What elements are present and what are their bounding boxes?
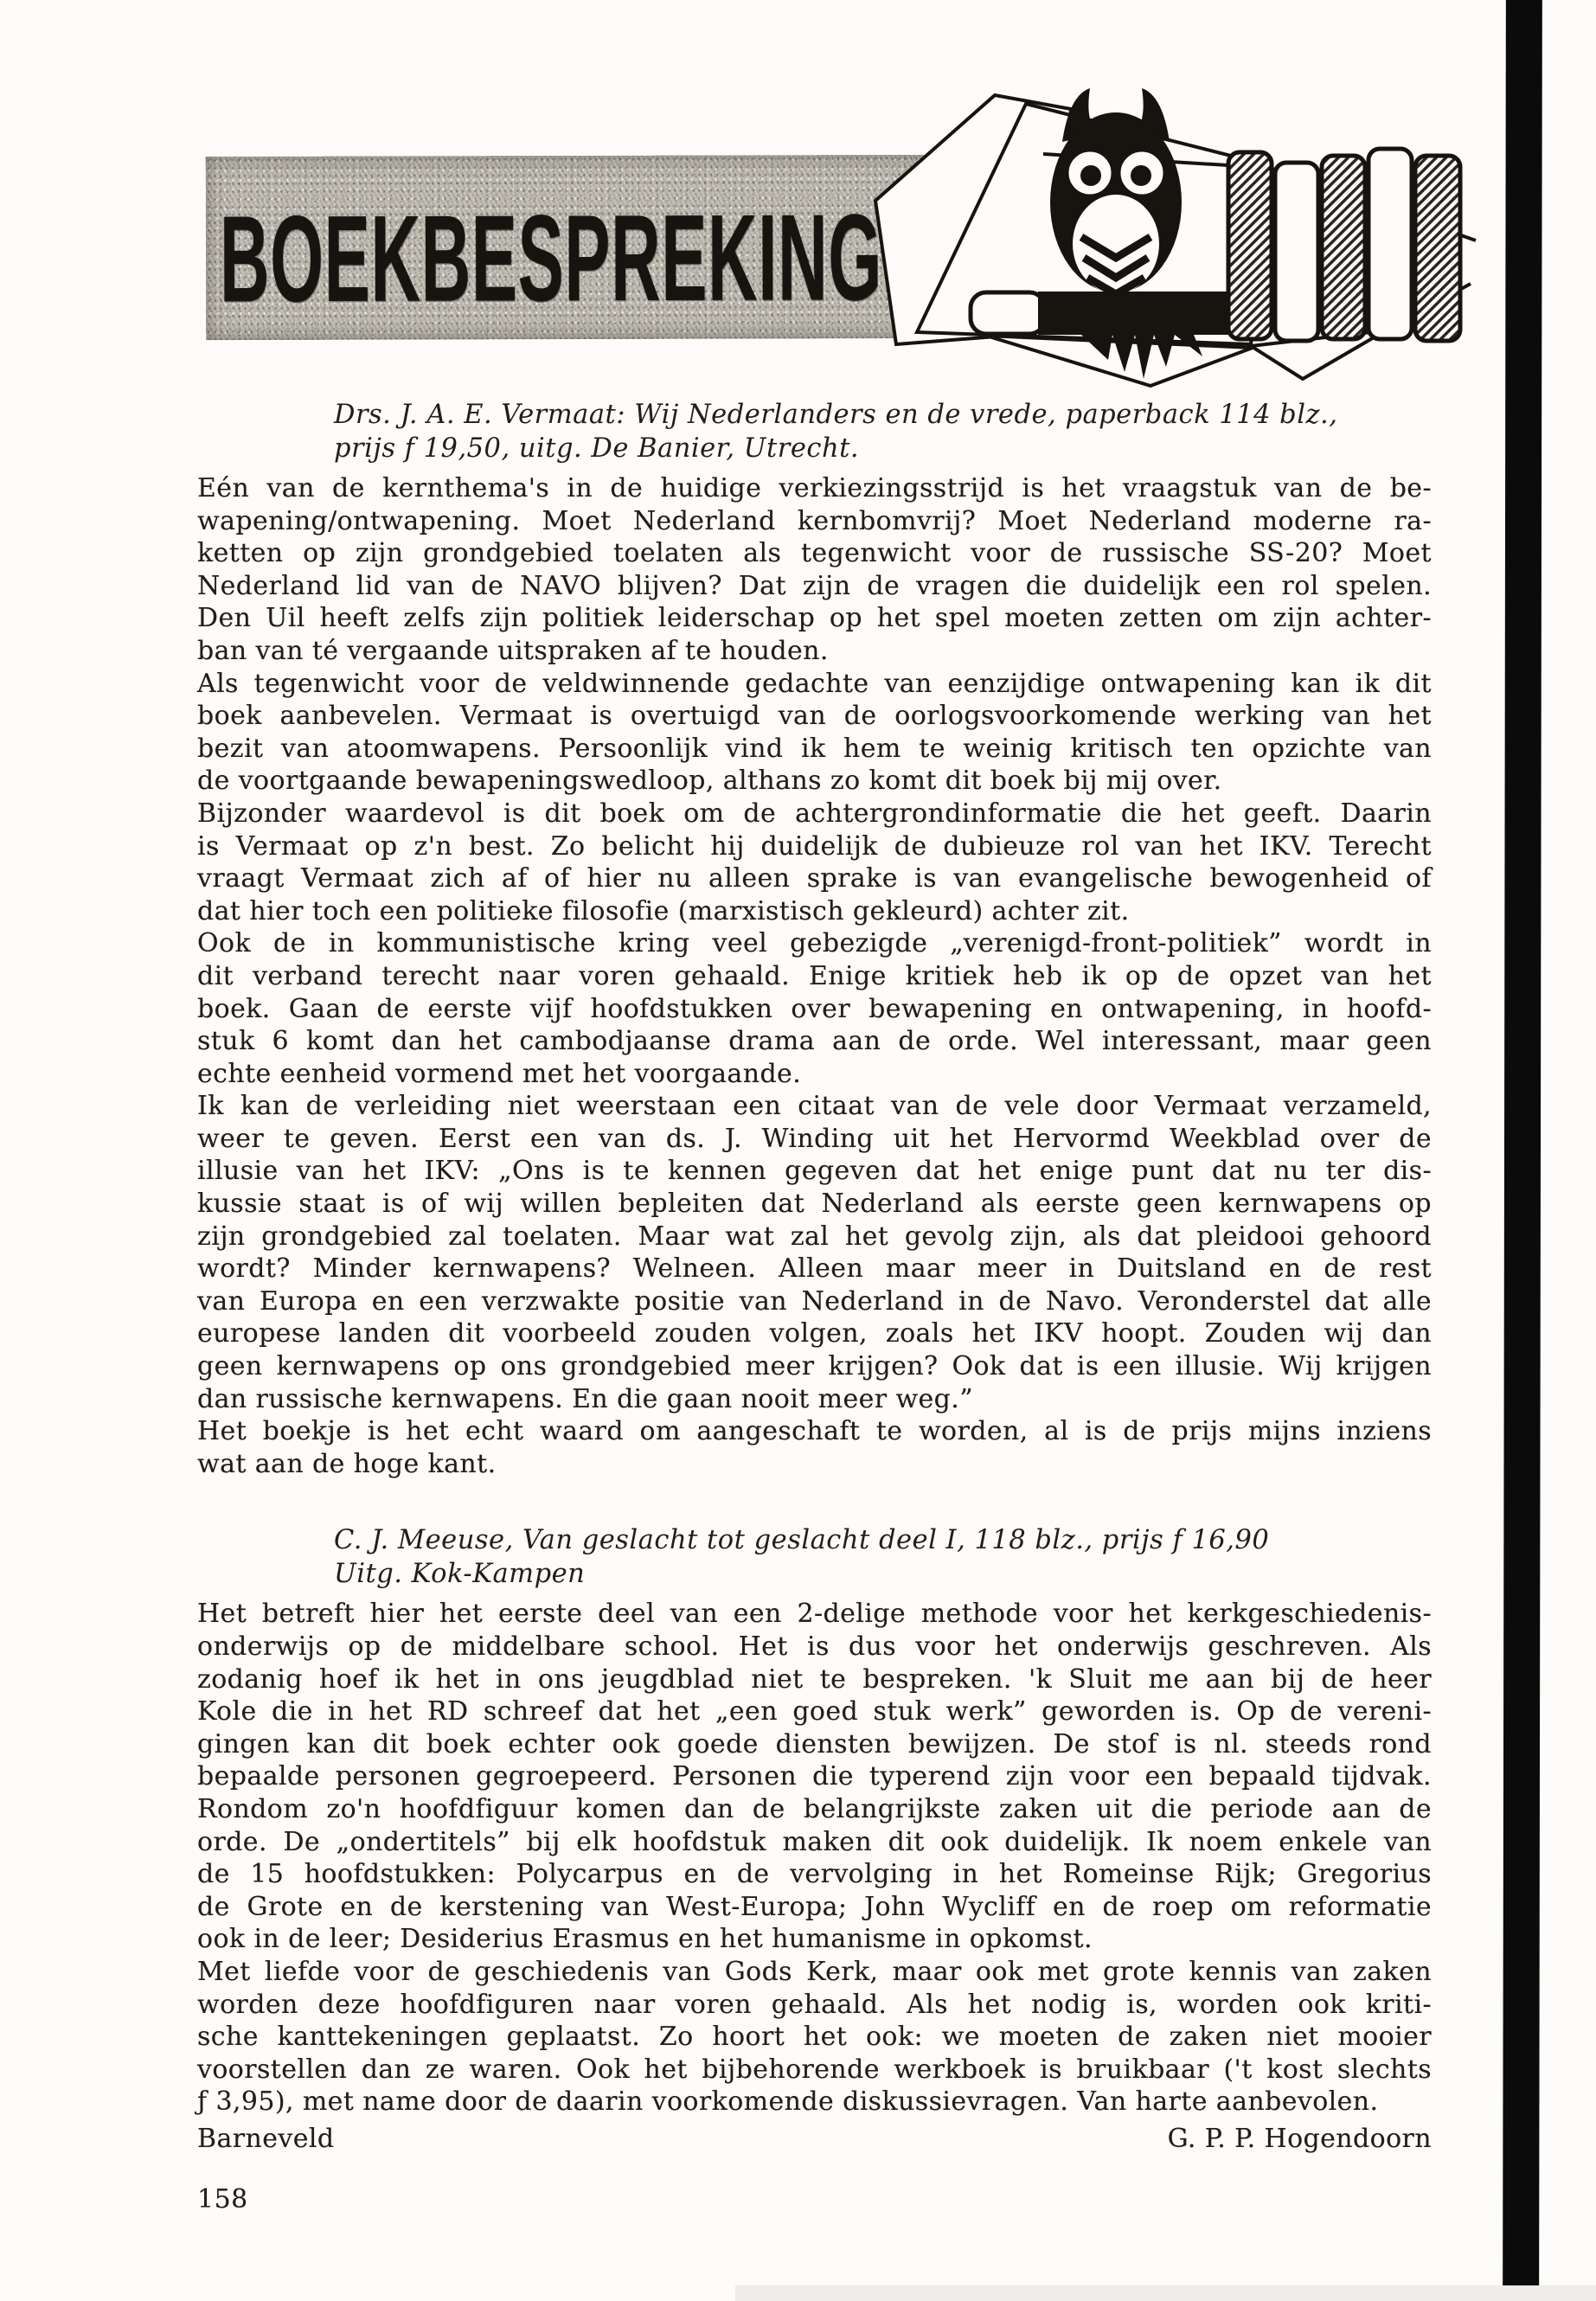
text-line: dit verband terecht naar voren gehaald. … [197,960,1432,993]
heading-line: C. J. Meeuse, Van geslacht tot geslacht … [334,1523,1432,1557]
text-line: Eén van de kernthema's in de huidige ver… [197,472,1432,505]
text-line: orde. De „ondertitels” bij elk hoofdstuk… [197,1826,1432,1859]
heading-line: Drs. J. A. E. Vermaat: Wij Nederlanders … [334,398,1432,432]
text-line: Ik kan de verleiding niet weerstaan een … [197,1090,1432,1123]
text-line: Rondom zo'n hoofdfiguur komen dan de bel… [197,1793,1432,1826]
text-line: Den Uil heeft zelfs zijn politiek leider… [197,602,1432,635]
text-line: wordt? Minder kernwapens? Welneen. Allee… [197,1253,1432,1285]
text-line: Als tegenwicht voor de veldwinnende geda… [197,668,1432,701]
text-line: geen kernwapens op ons grondgebied meer … [197,1350,1432,1383]
review-body: Het betreft hier het eerste deel van een… [197,1598,1432,2118]
text-line: wapening/ontwapening. Moet Nederland ker… [197,505,1432,538]
owl-books-illustration [865,71,1505,398]
text-line: zijn grondgebied zal toelaten. Maar wat … [197,1221,1432,1253]
text-line: dan russische kernwapens. En die gaan no… [197,1383,1432,1416]
heading-line: Uitg. Kok-Kampen [334,1557,1432,1591]
section-banner: BOEKBESPREKING [206,155,940,340]
text-line: boek aanbevelen. Vermaat is overtuigd va… [197,700,1432,733]
text-line: gingen kan dit boek echter ook goede die… [197,1728,1432,1761]
review-body: Eén van de kernthema's in de huidige ver… [197,472,1432,1480]
text-line: de voortgaande bewapeningswedloop, altha… [197,765,1432,798]
scan-bottom-strip [735,2285,1596,2301]
text-line: ban van té vergaande uitspraken af te ho… [197,635,1432,668]
books-row-icon [1228,149,1460,341]
book-heading: C. J. Meeuse, Van geslacht tot geslacht … [334,1523,1432,1591]
text-line: voorstellen dan ze waren. Ook het bijbeh… [197,2054,1432,2086]
text-line: bezit van atoomwapens. Persoonlijk vind … [197,733,1432,766]
text-line: onderwijs op de middelbare school. Het i… [197,1631,1432,1663]
text-line: zodanig hoef ik het in ons jeugdblad nie… [197,1663,1432,1696]
text-line: de Grote en de kerstening van West-Europ… [197,1891,1432,1924]
text-column: Drs. J. A. E. Vermaat: Wij Nederlanders … [197,398,1432,2216]
text-line: Kole die in het RD schreef dat het „een … [197,1695,1432,1728]
scan-edge-bar [1503,0,1542,2292]
text-line: bepaalde personen gegroepeerd. Personen … [197,1760,1432,1793]
text-line: worden deze hoofdfiguren naar voren geha… [197,1989,1432,2022]
reviews: Drs. J. A. E. Vermaat: Wij Nederlanders … [197,398,1432,2118]
text-line: Het boekje is het echt waard om aangesch… [197,1415,1432,1448]
book-review: C. J. Meeuse, Van geslacht tot geslacht … [197,1523,1432,2118]
text-line: de 15 hoofdstukken: Polycarpus en de ver… [197,1858,1432,1891]
signature-author: G. P. P. Hogendoorn [1168,2122,1432,2156]
text-line: echte eenheid vormend met het voorgaande… [197,1058,1432,1091]
text-line: illusie van het IKV: „Ons is te kennen g… [197,1155,1432,1188]
text-line: weer te geven. Eerst een van ds. J. Wind… [197,1123,1432,1156]
text-line: europese landen dit voorbeeld zouden vol… [197,1317,1432,1350]
signature-row: Barneveld G. P. P. Hogendoorn [197,2122,1432,2156]
text-line: wat aan de hoge kant. [197,1448,1432,1481]
text-line: stuk 6 komt dan het cambodjaanse drama a… [197,1025,1432,1058]
text-line: Bijzonder waardevol is dit boek om de ac… [197,798,1432,830]
text-line: dat hier toch een politieke filosofie (m… [197,895,1432,928]
text-line: is Vermaat op z'n best. Zo belicht hij d… [197,830,1432,863]
text-line: Met liefde voor de geschiedenis van Gods… [197,1956,1432,1989]
text-line: boek. Gaan de eerste vijf hoofdstukken o… [197,993,1432,1026]
text-line: Ook de in kommunistische kring veel gebe… [197,927,1432,960]
text-line: ook in de leer; Desiderius Erasmus en he… [197,1923,1432,1956]
text-line: Het betreft hier het eerste deel van een… [197,1598,1432,1631]
text-line: van Europa en een verzwakte positie van … [197,1285,1432,1318]
heading-line: prijs f 19,50, uitg. De Banier, Utrecht. [334,432,1432,465]
page-number: 158 [197,2183,1432,2216]
text-line: kussie staat is of wij willen bepleiten … [197,1188,1432,1221]
text-line: vraagt Vermaat zich af of hier nu alleen… [197,862,1432,895]
book-review: Drs. J. A. E. Vermaat: Wij Nederlanders … [197,398,1432,1480]
signature-place: Barneveld [197,2122,334,2156]
book-heading: Drs. J. A. E. Vermaat: Wij Nederlanders … [334,398,1432,465]
text-line: ƒ 3,95), met name door de daarin voorkom… [197,2086,1432,2118]
text-line: ketten op zijn grondgebied toelaten als … [197,537,1432,570]
banner-title: BOEKBESPREKING [220,196,882,321]
text-line: Nederland lid van de NAVO blijven? Dat z… [197,570,1432,603]
text-line: sche kanttekeningen geplaatst. Zo hoort … [197,2021,1432,2054]
perch-book-icon [971,292,1266,335]
